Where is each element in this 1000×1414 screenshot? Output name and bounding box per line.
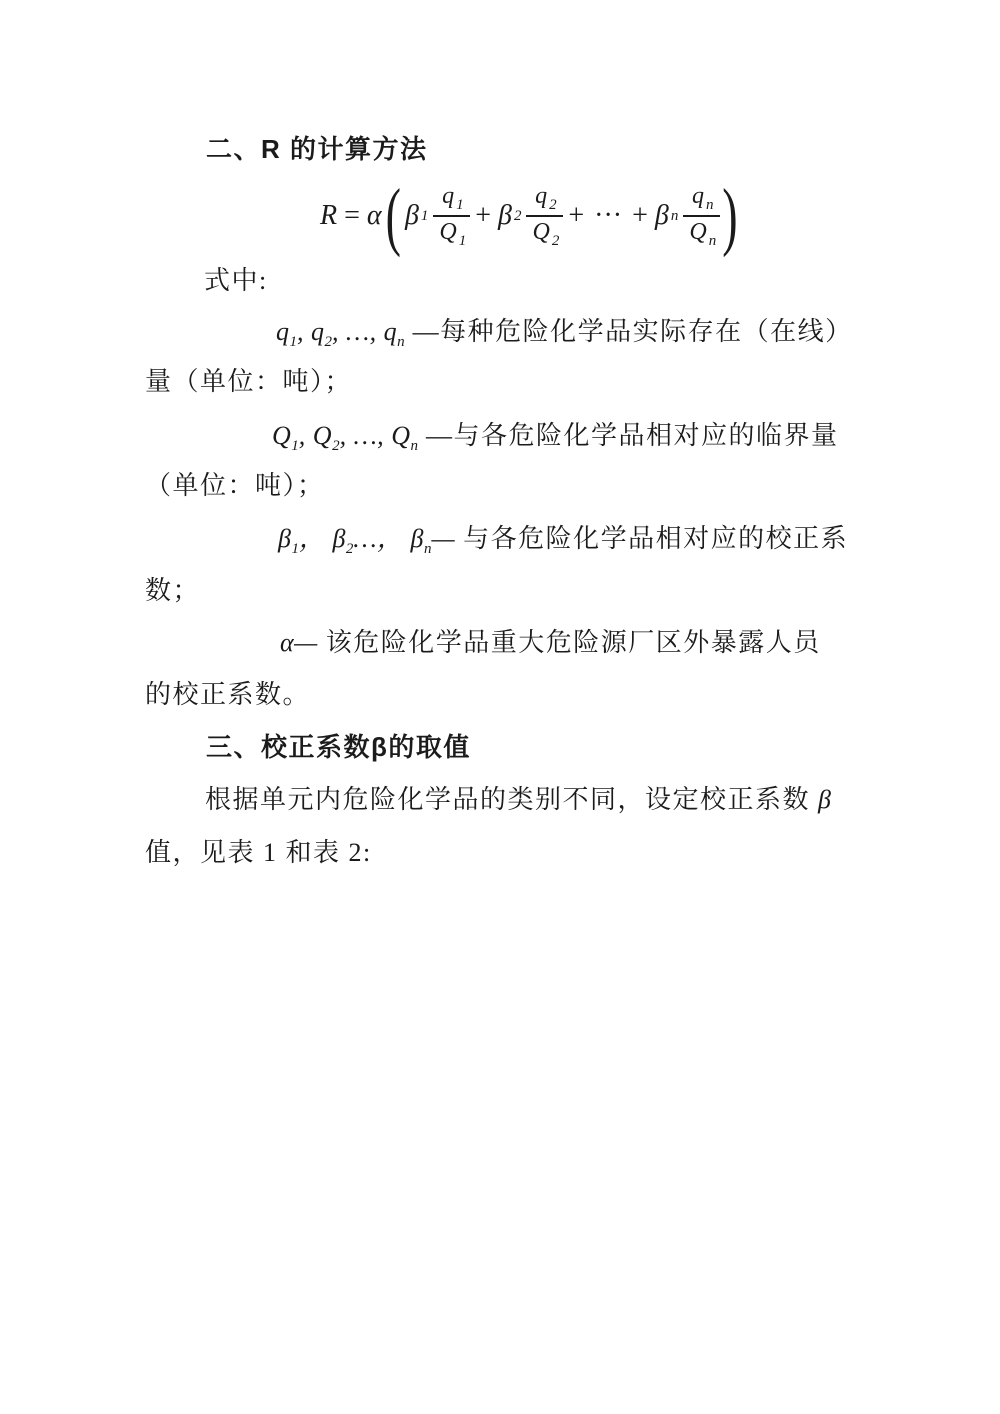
paragraph-text: 根据单元内危险化学品的类别不同，设定校正系数 xyxy=(205,785,818,814)
plus-operator: + xyxy=(632,200,648,232)
paragraph-line-2: 值，见表 1 和表 2: xyxy=(145,836,372,870)
definition-beta-line-2: 数； xyxy=(145,574,200,608)
math-seg: , xyxy=(299,421,313,450)
Q-symbols: Q1, Q2, …, Qn xyxy=(272,421,418,450)
fraction: qn Qn xyxy=(683,181,720,250)
equals-operator: = xyxy=(344,200,360,232)
math-seg: qn xyxy=(384,317,405,346)
math-seg: q1 xyxy=(276,317,297,346)
beta-symbol-inline: β xyxy=(818,785,831,814)
definition-Q-line-2: （单位：吨）； xyxy=(145,469,325,503)
beta-symbol: β xyxy=(498,200,512,232)
math-seg: q2 xyxy=(311,317,332,346)
math-seg: Q2 xyxy=(313,421,340,450)
math-seg: β1 xyxy=(278,524,299,553)
denominator: Q2 xyxy=(526,215,563,251)
numerator-var: q xyxy=(535,183,547,209)
q-symbols: q1, q2, …, qn xyxy=(276,317,405,346)
math-seg: , xyxy=(297,317,311,346)
denominator-var: Q xyxy=(532,219,549,245)
beta-subscript: 2 xyxy=(514,208,522,225)
definition-beta-line-1: β1， β2…， βn— 与各危险化学品相对应的校正系 xyxy=(278,522,848,566)
math-seg: α xyxy=(280,628,294,657)
definition-alpha-text: 该危险化学品重大危险源厂区外暴露人员 xyxy=(318,628,821,657)
denominator-subscript: 1 xyxy=(459,233,467,249)
formula-term-n: βn qn Qn xyxy=(653,181,720,250)
numerator-subscript: n xyxy=(706,197,714,213)
formula-lhs: R xyxy=(320,200,337,232)
beta-symbols: β1， β2…， βn— xyxy=(278,524,455,553)
beta-symbol: β xyxy=(655,200,669,232)
formula-term-1: β1 q1 Q1 xyxy=(403,181,470,250)
definition-Q-line-1: Q1, Q2, …, Qn —与各危险化学品相对应的临界量 xyxy=(272,419,838,463)
formula-r: R = α ( β1 q1 Q1 + β2 q2 Q2 + ··· + βn q… xyxy=(318,174,740,258)
definition-q-line-1: q1, q2, …, qn —每种危险化学品实际存在（在线） xyxy=(276,315,853,359)
numerator: q1 xyxy=(436,181,468,215)
math-seg: , …, xyxy=(340,421,392,450)
definition-alpha-line-1: α— 该危险化学品重大危险源厂区外暴露人员 xyxy=(280,626,821,660)
math-seg: — xyxy=(294,628,318,657)
paragraph-line-1: 根据单元内危险化学品的类别不同，设定校正系数 β xyxy=(205,783,831,817)
formula-term-2: β2 q2 Q2 xyxy=(496,181,563,250)
alpha-symbols: α— xyxy=(280,628,318,657)
math-seg: βn xyxy=(411,524,432,553)
math-seg: …， xyxy=(353,524,410,553)
where-label: 式中: xyxy=(204,264,268,298)
definition-q-line-2: 量（单位：吨）； xyxy=(145,365,352,399)
numerator: q2 xyxy=(529,181,561,215)
denominator: Qn xyxy=(683,215,720,251)
math-seg: ， xyxy=(299,524,333,553)
definition-alpha-line-2: 的校正系数。 xyxy=(145,678,310,712)
denominator-var: Q xyxy=(439,219,456,245)
plus-operator: + xyxy=(568,200,584,232)
open-paren: ( xyxy=(386,178,401,254)
math-seg: Qn xyxy=(391,421,418,450)
beta-subscript: 1 xyxy=(421,208,429,225)
math-seg: Q1 xyxy=(272,421,299,450)
beta-subscript: n xyxy=(671,208,679,225)
denominator: Q1 xyxy=(433,215,470,251)
definition-q-text: —每种危险化学品实际存在（在线） xyxy=(405,317,853,346)
denominator-subscript: n xyxy=(709,233,717,249)
numerator-subscript: 2 xyxy=(549,197,557,213)
fraction: q1 Q1 xyxy=(433,181,470,250)
beta-symbol: β xyxy=(405,200,419,232)
numerator: qn xyxy=(686,181,718,215)
close-paren: ) xyxy=(722,178,737,254)
alpha-symbol: α xyxy=(367,200,382,232)
math-seg: — xyxy=(432,524,456,553)
math-seg: , …, xyxy=(332,317,384,346)
section-3-heading: 三、校正系数β的取值 xyxy=(206,730,471,764)
definition-Q-text: —与各危险化学品相对应的临界量 xyxy=(418,421,839,450)
document-page: 二、R 的计算方法 R = α ( β1 q1 Q1 + β2 q2 Q2 + … xyxy=(0,0,1000,1414)
section-2-heading: 二、R 的计算方法 xyxy=(206,132,428,166)
denominator-var: Q xyxy=(689,219,706,245)
numerator-var: q xyxy=(692,183,704,209)
definition-beta-text: 与各危险化学品相对应的校正系 xyxy=(455,524,848,553)
numerator-subscript: 1 xyxy=(456,197,464,213)
math-seg: β2 xyxy=(332,524,353,553)
denominator-subscript: 2 xyxy=(552,233,560,249)
plus-operator: + xyxy=(475,200,491,232)
fraction: q2 Q2 xyxy=(526,181,563,250)
numerator-var: q xyxy=(442,183,454,209)
ellipsis-dots: ··· xyxy=(594,200,622,232)
